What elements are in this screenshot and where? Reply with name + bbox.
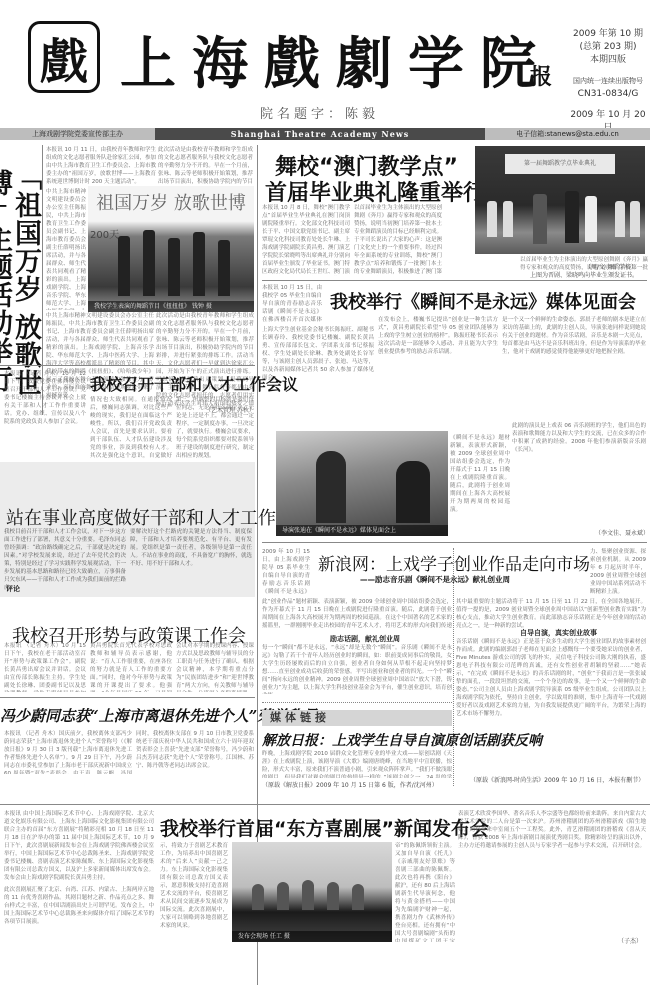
sina-section1-title: 励志话剧，献礼创业周 <box>330 634 400 644</box>
cadre-lead: 本报讯 （记者 舟木）10 月 12 日下午，我校党委在佛西楼会议室召开干部和人… <box>4 370 86 460</box>
cadre-body3: 第三，所调整的目标就是我们每位同志，无论在什么岗位上，无论是上还是不上，都会通过… <box>176 396 254 460</box>
expo-photo-caption: 我校学生表演的舞蹈节目《扭扭扭》 钱钟 摄 <box>88 301 254 312</box>
divider <box>0 697 255 698</box>
english-title: Shanghai Theatre Academy News <box>155 128 485 140</box>
comedy-body3: 帝”的陈佩斯领衔主演。又加自导自演《托儿》《亲戚朋友好算账》等喜剧三部曲的陈佩斯… <box>395 842 455 942</box>
sina-section2-title: 自导自演，真实创业故事 <box>520 628 597 638</box>
divider <box>262 702 452 703</box>
inscriber: 院名题字：陈毅 <box>260 103 379 122</box>
comedy-credit: （子杰） <box>618 936 642 945</box>
policy-body2: 会议对本学期的授课内容、授课方式以及思政教师与辅导员的分工职责与任务进行了确认。… <box>176 642 254 692</box>
sina-subtitle: ——励志音乐剧《瞬间不是永远》献礼创业周 <box>360 574 510 585</box>
comedy-photo-caption: 发布会现场 任工 摄 <box>232 931 392 942</box>
issue-pages: 本期四版 <box>568 54 648 67</box>
serial-label: 国内统一连续出版物号 <box>568 75 648 88</box>
sina-lead: 2009 年 10 月 15 日，由上海戏剧学院导 05 系毕业生自编自导自演的… <box>262 548 310 596</box>
sina-section1-body: 每一个“瞬间”都不是永远，“永远”却是无数个“瞬间”。音乐剧《瞬间不是永远》勾勒… <box>262 644 452 694</box>
comedy-headline: 我校举行首届“东方喜剧展”新闻发布会 <box>160 814 489 841</box>
expo-lead: 本报讯 10 月 11 日，由我校青年教师和学生组成的文化志愿者服务队赴徐家汇公… <box>46 146 156 186</box>
divider <box>453 548 454 786</box>
editorial-body2: 要解决好这个拦路虎的关键是方法得当、制度保障，千部和人才培养要规范化、有平台、更… <box>130 528 252 596</box>
launch-body3: 在发布会上，楼巍书记提出“创业是一种生活方式”，黄昌勇副院长希望“导 05 创业… <box>378 316 498 416</box>
launch-body2: 《瞬间不是永远》题材新颖，表演形式新颖，被 2009 全球创业周中国站组委会选定… <box>450 434 510 534</box>
macau-lead: 本报讯 10 月 8 日，舞校“澳门教学点”首届毕业生毕业典礼在澳门岗顶剧院隆重… <box>262 204 350 276</box>
photo-banner-text: 第一届舞蹈教学点毕业典礼 <box>505 154 615 174</box>
sina-side: 力、集聚创业资源、探索创业机制。从 2009 年 6 月起历时半年，2009 创… <box>590 548 646 596</box>
macau-photo-caption: 上图为晋剧、梁晓鸣向毕业生颁发证书。 <box>530 270 638 279</box>
info-band: 上海戏剧学院党委宣传部主办 Shanghai Theatre Academy N… <box>0 128 650 140</box>
comment-icon: 评论 <box>6 584 20 594</box>
divider <box>262 280 647 281</box>
launch-photo: 导演张迪在《瞬间不是永远》媒体见面会上 <box>276 431 448 536</box>
launch-body5: 此剧的演员是上戏表 06 音乐剧班的学生，他们出色的表演和歌舞能力以及和大学生的… <box>512 422 646 522</box>
launch-lead: 本报讯 10 月 15 日，由我校学 05 毕业生自编自导自演的青春励志音乐话剧… <box>262 284 322 324</box>
comedy-lead: 本报讯 由中国上海国际艺术节中心、上海戏剧学院、北京大道文化娱乐有限公司、上海东… <box>4 810 154 886</box>
divider <box>0 804 650 805</box>
launch-headline: 我校举行《瞬间不是永远》媒体见面会 <box>330 288 636 314</box>
cadre-headline: 我校召开干部和人才工作会议 <box>90 372 298 395</box>
comedy-body4: 表演艺术欣赏季国华、著名音乐人李宗盛等也都纷纷前来助阵。来自内蒙古大学艺术学院的… <box>458 810 646 940</box>
comedy-body1: 此次喜剧展汇聚了北京、台湾、江苏、内蒙古、上海两岸五地的 11 台优秀喜剧作品。… <box>4 886 154 944</box>
media-link-tag: 媒体链接 <box>262 710 452 726</box>
sina-section2-body: 音乐话剧《瞬间不是永远》正是基于众多生动的大学生创业团队的故事素材创作而成。此剧… <box>456 638 646 788</box>
issue-info: 2009 年第 10 期 (总第 203 期) 本期四版 国内统一连续出版物号 … <box>568 28 648 135</box>
sina-body2: 其中最重要的主题活动将于 11 月 15 日至 11 月 22 日，在全国各地展… <box>456 598 646 628</box>
editorial-body1: 我校目前召开干部和人才工作会议，对下一步这方面工作进行了部署，其意义十分重要。毛… <box>4 528 126 596</box>
serial-number: CN31-0834/G <box>568 88 648 101</box>
title-suffix: 报 <box>530 60 552 91</box>
macau-headline-2: 首届毕业典礼隆重举行 <box>265 176 485 207</box>
cadre-body2: 情况也大致相同。在通报情况后，楼巍同志强调，对比这些严峻的现实，我们是在面临这个… <box>90 396 172 460</box>
policy-lead: 本报讯 （记者 舟木）10 月 15 日下午，我校在老干部活动室召开“形势与政策… <box>4 642 86 692</box>
masthead: 戲 上 海 戲 劇 学 院 报 2009 年第 10 期 (总第 203 期) … <box>0 0 650 140</box>
launch-credit: （李文佳、聂永斌） <box>595 528 649 537</box>
policy-body1: 黄昌勇院长首先代表学校对思政教师和辅导员表示感谢，他说：“育人工作很重要，在座各… <box>90 642 172 692</box>
comedy-body2: 示，将致力于喜剧艺术教育工作，为培养出中国喜剧艺术的“后来人”贡献一己之力。东上… <box>160 842 228 942</box>
title-char: 上 <box>120 20 178 100</box>
newspaper-title: 上 海 戲 劇 学 院 <box>120 20 538 100</box>
media-body: 昨晚，上海戏剧学院 2010 届群众文化管理专业的毕业大戏——原创话剧《天涯》在… <box>262 750 452 778</box>
award-lead: 本报讯 （记者 舟木）国庆前夕，我校离休支部冯少蔚同志荣获“上海市离退休先进个人… <box>4 730 132 774</box>
email: 电子信箱:stanews@sta.edu.cn <box>485 128 650 140</box>
editorial-headline: 站在事业高度做好干部和人才工作 <box>6 504 276 530</box>
issue-number: 2009 年第 10 期 <box>568 28 648 41</box>
title-char: 劇 <box>336 20 394 100</box>
expo-photo: 祖国万岁 放歌世博 200天 我校学生表演的舞蹈节目《扭扭扭》 钱钟 摄 <box>88 186 254 312</box>
macau-body: 以首届毕业生为主体演出的大型原创舞剧《奔月》赢得专家和观众的高度赞扬，说明当初澳… <box>354 204 442 276</box>
expo-body2: 此次活动是由我校青年教师和学生组成的文化志愿者服务队与我校文化志愿者的辛勤努力分… <box>158 146 253 186</box>
award-body: 同时，我校离休支部在 9 月 10 日市教卫党委系统老干部庆祝中华人民共和国成立… <box>136 730 254 774</box>
photo-side-text: 200天 <box>90 226 119 241</box>
title-char: 海 <box>192 20 250 100</box>
xi-seal-logo: 戲 <box>28 21 100 93</box>
macau-photo: 第一届舞蹈教学点毕业典礼 <box>475 146 645 254</box>
media-credit: （原载《解放日报》2009 年 10 月 15 日第 6 版，作者/沈河州） <box>262 780 438 789</box>
divider <box>262 542 647 543</box>
media-headline: 解放日报：上戏学生自导自演原创话剧获反响 <box>262 730 542 750</box>
sina-headline: 新浪网：上戏学子创业作品走向市场 <box>318 550 590 575</box>
comedy-photo: 发布会现场 任工 摄 <box>232 842 392 942</box>
divider <box>0 365 255 366</box>
expo-body1: 中共上海市精神文明建设委员会办公室主任陈振民，中共上海市教育卫生工作委员会副书记… <box>46 188 86 310</box>
launch-photo-caption: 导演张迪在《瞬间不是永远》媒体见面会上 <box>276 525 448 536</box>
title-char: 戲 <box>264 20 322 100</box>
launch-body4: 是一个又一个鲜鲜的生命姿态。郭晨子老师的剧本是建立在采访的基础上的，此剧的主创人… <box>502 316 646 416</box>
sina-credit: （原载《新浪网-时尚生活》2009 年 10 月 16 日，本报有删节） <box>470 775 644 784</box>
publisher: 上海戏剧学院党委宣传部主办 <box>0 128 155 140</box>
photo-banner-text: 祖国万岁 放歌世博 <box>96 192 246 216</box>
title-char: 学 <box>408 20 466 100</box>
issue-total: (总第 203 期) <box>568 41 648 54</box>
sina-body1: 此“创业作品”题材新颖、表演新颖，被 2009 全球创业周中国站组委会选定，作为… <box>262 598 452 628</box>
